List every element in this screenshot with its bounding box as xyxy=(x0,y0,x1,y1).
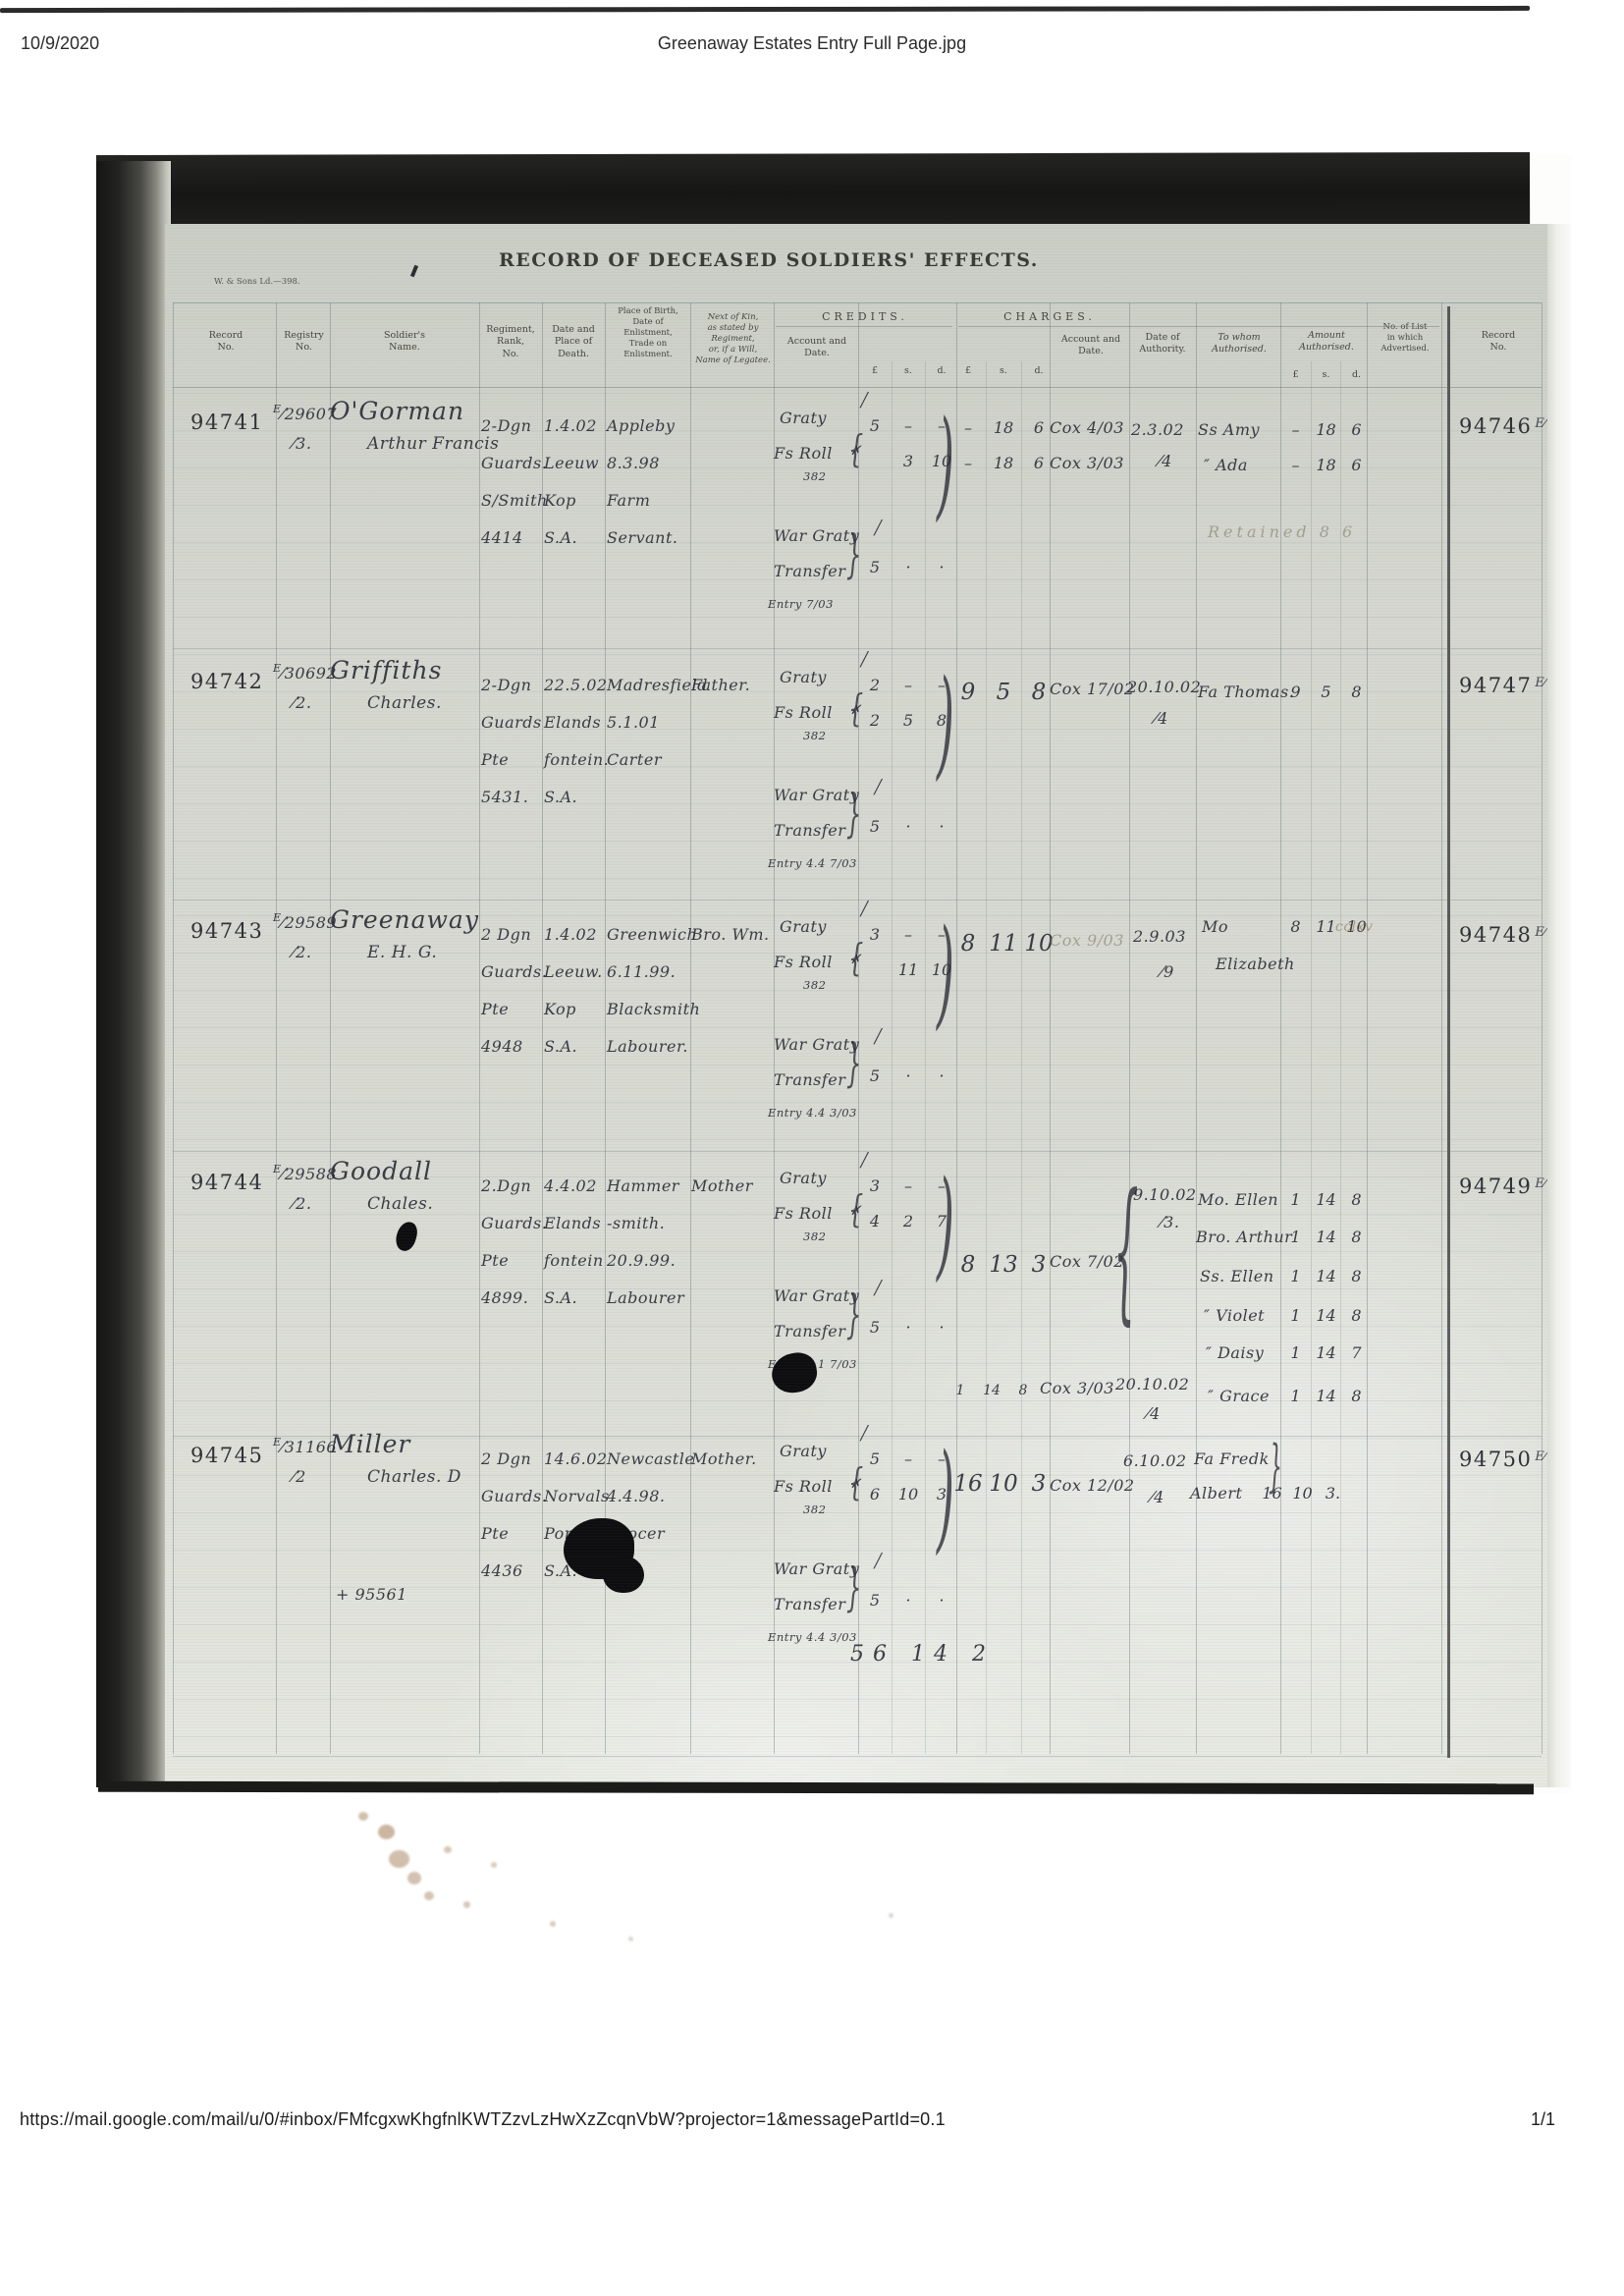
charge-total-part: 18 xyxy=(986,454,1021,472)
payee-amount-part: 14 xyxy=(1311,1387,1341,1405)
registry-sub-number: 2. xyxy=(293,943,311,961)
soldier-forename: Chales. xyxy=(367,1194,433,1214)
ledger-rule-h xyxy=(173,1027,1542,1028)
ink-brace: { xyxy=(848,939,863,976)
ledger-rule-v xyxy=(1129,302,1130,1754)
death-line: fontein. xyxy=(544,750,609,769)
death-line: 22.5.02 xyxy=(544,676,608,694)
war-gratuity-amount-part: · xyxy=(892,558,925,576)
colhead-charges-lsd: £ s. d. xyxy=(950,365,1056,376)
charge-total-part: – xyxy=(950,418,986,437)
charge-account: Cox 3/03 xyxy=(1050,454,1124,472)
paper-stain xyxy=(550,1921,556,1927)
ink-tick-mark: ╱ xyxy=(860,393,869,409)
authority-date: 9.10.02 xyxy=(1133,1185,1197,1204)
credit-account-line: Fs Roll xyxy=(774,703,833,722)
ledger-rule-h xyxy=(173,766,1542,767)
payee-amount-part: 8 xyxy=(1341,683,1372,701)
ledger-rule-h xyxy=(173,878,1542,879)
regiment-line: Pte xyxy=(481,1251,509,1270)
book-top-edge xyxy=(96,152,1530,228)
death-line: Leeuw xyxy=(544,454,599,472)
death-line: S.A. xyxy=(544,788,577,806)
registry-number: E⁄31166 xyxy=(273,1436,337,1456)
war-gratuity-amount: 5·· xyxy=(858,1066,958,1085)
payee-name: ″ Ada xyxy=(1204,456,1248,474)
credit-amount-part: 3 xyxy=(892,452,925,470)
payee-name: Mo xyxy=(1202,917,1228,936)
charge-account: Cox 12/02 xyxy=(1050,1476,1135,1495)
credit-account-line: 382 xyxy=(803,469,826,483)
soldier-forename: Arthur Francis xyxy=(367,434,499,454)
regiment-line: Guards. xyxy=(481,1214,547,1232)
ledger-rule-h xyxy=(173,648,1542,649)
authority-date: 2.9.03 xyxy=(1133,927,1186,946)
regiment-line: Guards xyxy=(481,713,542,732)
ink-tick-mark: ╱ xyxy=(874,1281,883,1296)
charge-total-part: 8 xyxy=(950,1252,986,1278)
registry-prefix: E xyxy=(273,403,282,415)
charge-total-extra-part: 8 xyxy=(1007,1383,1039,1398)
war-gratuity-amount-part: · xyxy=(892,1318,925,1337)
scanned-ledger-photo: W. & Sons Ld.—398. RECORD OF DECEASED SO… xyxy=(96,155,1571,1793)
ledger-rule-v xyxy=(1050,302,1051,1754)
birth-line: 6.11.99. xyxy=(607,962,676,981)
death-line: Kop xyxy=(544,491,576,510)
war-gratuity-amount-part: · xyxy=(892,817,925,836)
registry-sub-number: 2 xyxy=(293,1467,306,1486)
authority-date: 6.10.02 xyxy=(1123,1451,1187,1470)
colhead-date-of-authority: Date of Authority. xyxy=(1129,332,1196,356)
death-line: 1.4.02 xyxy=(544,416,597,435)
print-header-filename: Greenaway Estates Entry Full Page.jpg xyxy=(0,33,1624,54)
war-gratuity-amount-part: · xyxy=(925,558,958,576)
payee-name: ″ Violet xyxy=(1204,1306,1265,1325)
payee-amount-part: 8 xyxy=(1341,1267,1372,1285)
ledger-rule-h xyxy=(173,1151,1542,1152)
war-gratuity-amount-part: · xyxy=(925,1318,958,1337)
paper-stain xyxy=(407,1872,421,1885)
ledger-rule-h xyxy=(173,654,1542,655)
ledger-rule-v xyxy=(774,302,775,1754)
record-number: 94744 xyxy=(190,1171,263,1194)
record-number-right: 94748E⁄ xyxy=(1459,923,1546,947)
payee-amount-part: 6 xyxy=(1341,456,1372,474)
authority-date-extra: 20.10.02 xyxy=(1115,1375,1189,1394)
colhead-charges-account-date: Account and Date. xyxy=(1052,334,1130,358)
birth-line: Labourer xyxy=(607,1288,684,1307)
payee-amount-part: 8 xyxy=(1280,917,1311,936)
charge-total-part: 8 xyxy=(950,931,986,957)
birth-line: -smith. xyxy=(607,1214,665,1232)
charge-total-part: 16 xyxy=(950,1471,986,1497)
next-of-kin-line: Mother. xyxy=(691,1449,757,1468)
ledger-rule-h xyxy=(173,505,1542,506)
birth-line: Labourer. xyxy=(607,1037,688,1056)
colhead-credits: CREDITS. xyxy=(774,310,956,324)
colhead-next-of-kin: Next of Kin, as stated by Regiment, or, … xyxy=(691,312,775,366)
ledger-rule-h xyxy=(173,393,1542,394)
birth-line: Greenwich xyxy=(607,925,697,944)
colhead-birth: Place of Birth, Date of Enlistment, Trad… xyxy=(605,306,691,360)
birth-line: Hammer xyxy=(607,1176,679,1195)
soldier-surname: Griffiths xyxy=(330,656,442,684)
colhead-regiment: Regiment, Rank, No. xyxy=(479,324,542,360)
war-gratuity-amount: 5·· xyxy=(858,817,958,836)
printer-imprint: W. & Sons Ld.—398. xyxy=(214,277,300,287)
soldier-surname: O'Gorman xyxy=(330,397,464,425)
charge-total: 8133 xyxy=(950,1252,1056,1278)
war-gratuity-line: Entry 4.4 3/03 xyxy=(768,1106,857,1120)
colhead-record-no: Record No. xyxy=(177,330,275,355)
payee-amount-part: 9 xyxy=(1280,683,1311,701)
regiment-line: 2-Dgn xyxy=(481,416,531,435)
soldier-forename: Charles. xyxy=(367,693,442,713)
ink-tick-mark: ╱ xyxy=(874,780,883,795)
regiment-line: 2 Dgn xyxy=(481,925,531,944)
soldier-forename: E. H. G. xyxy=(367,943,437,962)
birth-line: Carter xyxy=(607,750,662,769)
colhead-soldier-name: Soldier's Name. xyxy=(332,330,477,355)
charge-total: 16103 xyxy=(950,1471,1056,1497)
print-footer-page-indicator: 1/1 xyxy=(1531,2109,1555,2130)
registry-prefix-mark: E⁄ xyxy=(1535,925,1546,940)
credit-account-line: Graty xyxy=(780,409,827,427)
regiment-line: 4948 xyxy=(481,1037,523,1056)
birth-line: 8.3.98 xyxy=(607,454,660,472)
colhead-registry-no: Registry No. xyxy=(277,330,331,355)
charge-total-part: 9 xyxy=(950,680,986,705)
payee-name: Ss. Ellen xyxy=(1200,1267,1274,1285)
payee-amount-part: 1 xyxy=(1280,1267,1311,1285)
death-line: fontein xyxy=(544,1251,604,1270)
credit-account-line: Fs Roll xyxy=(774,1477,833,1496)
ledger-rule-v xyxy=(1542,302,1543,1754)
authority-sub-number: 9 xyxy=(1161,962,1174,981)
ledger-paper: W. & Sons Ld.—398. RECORD OF DECEASED SO… xyxy=(165,224,1547,1787)
payee-amount-part: 14 xyxy=(1311,1267,1341,1285)
colhead-credits-account-date: Account and Date. xyxy=(774,336,860,360)
advertised-list-no: cclxv xyxy=(1335,919,1373,935)
regiment-line: Pte xyxy=(481,1000,509,1018)
service-number-note: + 95561 xyxy=(336,1585,407,1604)
charge-account-extra: Cox 3/03 xyxy=(1040,1379,1114,1397)
registry-sub-number: 2. xyxy=(293,1194,311,1213)
payee-amount: 1148 xyxy=(1280,1306,1372,1325)
war-gratuity-line: Transfer xyxy=(774,1595,845,1613)
ledger-rule-v xyxy=(542,302,543,1754)
ledger-rule-v xyxy=(1280,302,1281,1754)
payee-amount: –186 xyxy=(1280,420,1372,439)
credit-amount-part: – xyxy=(892,1176,925,1195)
payee-amount-part: 14 xyxy=(1311,1190,1341,1209)
death-line: Norvals xyxy=(544,1487,610,1505)
ledger-rule-h xyxy=(173,1550,1542,1551)
birth-line: Appleby xyxy=(607,416,675,435)
payee-amount: 1148 xyxy=(1280,1267,1372,1285)
next-of-kin-line: Bro. Wm. xyxy=(691,925,770,944)
payee-amount: 1147 xyxy=(1280,1343,1372,1362)
payee-amount: 958 xyxy=(1280,683,1372,701)
ledger-rule-v xyxy=(956,302,957,1754)
ink-blot xyxy=(603,1556,644,1593)
pence-symbol: d. xyxy=(1021,365,1056,376)
war-gratuity-amount: 5·· xyxy=(858,558,958,576)
registry-prefix-mark: E⁄ xyxy=(1535,1449,1546,1464)
soldier-surname: Miller xyxy=(330,1430,410,1458)
shilling-symbol: s. xyxy=(892,365,925,376)
colhead-amount-lsd: £ s. d. xyxy=(1280,369,1372,380)
paper-stain xyxy=(491,1862,497,1868)
authority-sub-number: 4 xyxy=(1151,1488,1164,1506)
charge-account: Cox 9/03 xyxy=(1050,931,1124,950)
ledger-rule-v xyxy=(330,302,331,1754)
credit-account-line: Fs Roll xyxy=(774,953,833,971)
soldier-surname: Goodall xyxy=(330,1157,432,1185)
payee-amount-part: 10 xyxy=(1287,1484,1318,1503)
charge-total: –186 xyxy=(950,418,1056,437)
war-gratuity-amount-part: · xyxy=(925,1066,958,1085)
registry-sub-number: 2. xyxy=(293,693,311,712)
war-gratuity-amount-part: · xyxy=(892,1591,925,1610)
ledger-rule-h xyxy=(173,1624,1542,1625)
credit-amount-part: – xyxy=(892,925,925,944)
payee-amount-part: – xyxy=(1280,456,1311,474)
colhead-record-no-right: Record No. xyxy=(1451,330,1545,355)
authority-sub-number: 3. xyxy=(1161,1213,1179,1231)
charge-total-extra: 1148 xyxy=(945,1383,1039,1398)
payee-amount-part: 7 xyxy=(1341,1343,1372,1362)
credit-account-line: 382 xyxy=(803,978,826,992)
payee-amount-part: 14 xyxy=(1311,1228,1341,1246)
charge-total-part: 11 xyxy=(986,931,1021,957)
regiment-line: S/Smith xyxy=(481,491,548,510)
record-number-right: 94750E⁄ xyxy=(1459,1448,1546,1471)
regiment-line: 4899. xyxy=(481,1288,528,1307)
ink-brace: { xyxy=(848,689,863,727)
book-spine xyxy=(96,161,171,1787)
ledger-rule-h xyxy=(173,990,1542,991)
ledger-rule-v xyxy=(1021,361,1022,1754)
colhead-death: Date and Place of Death. xyxy=(542,324,605,360)
payee-amount-part: 6 xyxy=(1341,420,1372,439)
death-line: 14.6.02 xyxy=(544,1449,608,1468)
ink-tick-mark: ╱ xyxy=(874,1029,883,1045)
payee-name: Ss Amy xyxy=(1198,420,1260,439)
death-line: S.A. xyxy=(544,528,577,547)
credit-amount-part: – xyxy=(892,416,925,435)
payee-amount-part: 1 xyxy=(1280,1387,1311,1405)
shilling-symbol: s. xyxy=(986,365,1021,376)
payee-name: Bro. Arthur xyxy=(1196,1228,1292,1246)
paper-stain xyxy=(378,1825,395,1839)
next-of-kin-line: Father. xyxy=(691,676,750,694)
ledger-rule-v xyxy=(1311,361,1312,1754)
war-gratuity-line: Transfer xyxy=(774,1070,845,1089)
war-gratuity-line: Transfer xyxy=(774,821,845,840)
ledger-rule-v xyxy=(1340,361,1341,1754)
war-gratuity-amount-part: 5 xyxy=(858,1066,892,1085)
book-bottom-edge xyxy=(98,1781,1534,1795)
ledger-rule-h xyxy=(173,617,1542,618)
paper-stain xyxy=(444,1846,452,1853)
charge-total-extra-part: 1 xyxy=(945,1383,976,1398)
war-gratuity-line: Entry 4.4 7/03 xyxy=(768,856,857,870)
birth-line: Blacksmith xyxy=(607,1000,700,1018)
payee-amount-part: 18 xyxy=(1311,456,1341,474)
birth-line: Farm xyxy=(607,491,650,510)
death-line: Kop xyxy=(544,1000,576,1018)
war-gratuity-amount-part: · xyxy=(925,817,958,836)
death-line: Elands xyxy=(544,713,601,732)
payee-amount-part: 8 xyxy=(1341,1190,1372,1209)
shilling-symbol: s. xyxy=(1311,369,1341,380)
regiment-line: Guards. xyxy=(481,1487,547,1505)
credit-account-line: Fs Roll xyxy=(774,1204,833,1223)
charge-account: Cox 4/03 xyxy=(1050,418,1124,437)
ink-tick-mark: ╱ xyxy=(860,902,869,917)
charge-total-part: 10 xyxy=(986,1471,1021,1497)
ledger-rule-v xyxy=(276,302,277,1754)
charge-account: Cox 17/02 xyxy=(1050,680,1135,698)
birth-line: Newcastle xyxy=(607,1449,694,1468)
payee-amount: 1148 xyxy=(1280,1228,1372,1246)
war-gratuity-line: Transfer xyxy=(774,562,845,580)
credit-account-line: 382 xyxy=(803,1503,826,1516)
page-torn-edge xyxy=(1547,224,1571,1787)
war-gratuity-amount-part: 5 xyxy=(858,817,892,836)
paper-stain xyxy=(389,1850,409,1868)
registry-sub-number: 3. xyxy=(293,434,311,453)
ledger-rule-v xyxy=(986,361,987,1754)
payee-amount-part: 1 xyxy=(1280,1343,1311,1362)
ink-blot xyxy=(393,1220,419,1253)
ledger-rule-h xyxy=(173,387,1542,388)
death-line: S.A. xyxy=(544,1288,577,1307)
death-line: S.A. xyxy=(544,1037,577,1056)
payee-amount-part: 8 xyxy=(1341,1306,1372,1325)
authority-date: 20.10.02 xyxy=(1127,678,1201,696)
charge-total-part: 5 xyxy=(986,680,1021,705)
colhead-to-whom-authorised: To whom Authorised. xyxy=(1196,332,1282,356)
charge-total-part: – xyxy=(950,454,986,472)
death-line: Leeuw. xyxy=(544,962,603,981)
ledger-rule-v xyxy=(858,302,859,1754)
registry-number: E⁄29588 xyxy=(273,1163,337,1183)
credit-account-line: Fs Roll xyxy=(774,444,833,463)
record-number-right: 94747E⁄ xyxy=(1459,674,1546,697)
war-gratuity-amount: 5·· xyxy=(858,1591,958,1610)
credit-amount-part: – xyxy=(892,676,925,694)
credit-account-line: Graty xyxy=(780,917,827,936)
payee-name: ″ Daisy xyxy=(1206,1343,1264,1362)
payee-name: Elizabeth xyxy=(1216,955,1295,973)
payee-amount-part: 18 xyxy=(1311,420,1341,439)
credit-account-line: Graty xyxy=(780,1442,827,1460)
pencil-note: Retained 8 6 xyxy=(1208,522,1356,541)
charge-total-extra-part: 14 xyxy=(976,1383,1007,1398)
record-number-right: 94746E⁄ xyxy=(1459,414,1546,438)
ink-tick-mark: ╱ xyxy=(860,1426,869,1442)
credit-account-line: 382 xyxy=(803,729,826,742)
authority-sub-number: 4 xyxy=(1159,452,1172,470)
payee-amount-part: 16 xyxy=(1257,1484,1287,1503)
credit-amount-part: 10 xyxy=(892,1485,925,1503)
credit-amount-part: 2 xyxy=(892,1212,925,1230)
record-number-right: 94749E⁄ xyxy=(1459,1175,1546,1198)
ink-brace: { xyxy=(848,1463,863,1501)
paper-stain xyxy=(424,1891,434,1900)
war-gratuity-amount-part: · xyxy=(892,1066,925,1085)
charge-total-part: 13 xyxy=(986,1252,1021,1278)
soldier-surname: Greenaway xyxy=(330,905,479,934)
record-number: 94745 xyxy=(190,1444,263,1467)
birth-line: 4.4.98. xyxy=(607,1487,665,1505)
birth-line: Servant. xyxy=(607,528,677,547)
credit-account-line: Graty xyxy=(780,668,827,686)
payee-amount: 1148 xyxy=(1280,1190,1372,1209)
ledger-rule-h xyxy=(173,1251,1542,1252)
charge-total: 958 xyxy=(950,680,1056,705)
record-number: 94742 xyxy=(190,670,263,693)
payee-amount-part: 8 xyxy=(1341,1228,1372,1246)
ledger-title: RECORD OF DECEASED SOLDIERS' EFFECTS. xyxy=(499,249,941,271)
record-number: 94741 xyxy=(190,410,263,434)
ledger-rule-v xyxy=(690,302,691,1754)
payee-amount-part: 1 xyxy=(1280,1190,1311,1209)
ink-tick-mark: ╱ xyxy=(860,652,869,668)
ledger-rule-h xyxy=(173,1139,1542,1140)
paper-stain xyxy=(889,1913,893,1918)
soldier-forename: Charles. D xyxy=(367,1467,461,1487)
paper-stain xyxy=(628,1937,633,1941)
ledger-rule-h xyxy=(173,1699,1542,1700)
payee-amount: 1148 xyxy=(1280,1387,1372,1405)
charge-total-part: 18 xyxy=(986,418,1021,437)
payee-amount-part: 3. xyxy=(1318,1484,1348,1503)
war-gratuity-amount-part: 5 xyxy=(858,1591,892,1610)
ink-brace: { xyxy=(848,1190,863,1228)
grand-total: 56 14 2 xyxy=(850,1642,995,1667)
ledger-rule-v xyxy=(1441,302,1442,1754)
ledger-rule-h xyxy=(173,1102,1542,1103)
ledger-rule-v xyxy=(173,302,174,1754)
credit-amount-part: 5 xyxy=(892,711,925,730)
ink-brace: { xyxy=(1113,1176,1138,1330)
ledger-rule-v xyxy=(1367,302,1368,1754)
payee-amount-part: 14 xyxy=(1311,1343,1341,1362)
registry-number: E⁄29589 xyxy=(273,911,337,932)
ledger-rule-h xyxy=(776,326,952,327)
regiment-line: 5431. xyxy=(481,788,528,806)
regiment-line: Guards. xyxy=(481,454,547,472)
payee-amount-part: 14 xyxy=(1311,1306,1341,1325)
pound-symbol: £ xyxy=(1280,369,1311,380)
ledger-rule-v xyxy=(1447,306,1450,1758)
war-gratuity-amount-part: · xyxy=(925,1591,958,1610)
ledger-rule-v xyxy=(479,302,480,1754)
authority-sub-extra: 4 xyxy=(1147,1404,1161,1423)
registry-number: E⁄30692 xyxy=(273,662,337,683)
war-gratuity-amount-part: 5 xyxy=(858,558,892,576)
death-line: 4.4.02 xyxy=(544,1176,597,1195)
scan-artifact-line xyxy=(0,6,1530,13)
authority-sub-number: 4 xyxy=(1155,709,1168,728)
birth-line: 5.1.01 xyxy=(607,713,660,732)
ink-tick-mark: ╱ xyxy=(874,1554,883,1569)
ink-tick-mark: ╱ xyxy=(860,1153,869,1169)
ledger-rule-h xyxy=(173,1736,1542,1737)
